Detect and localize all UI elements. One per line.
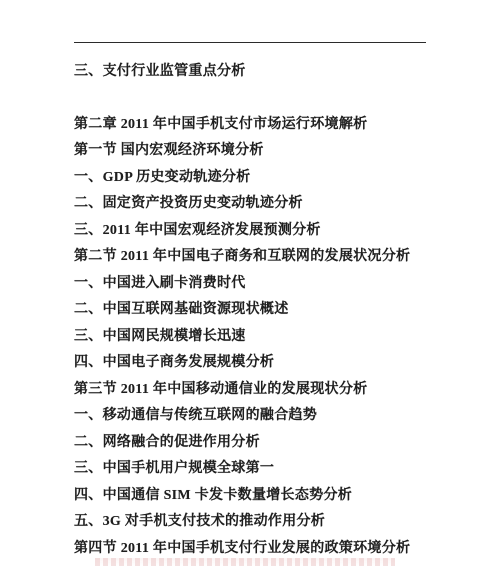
clipped-red-watermark-text — [95, 558, 395, 566]
toc-line: 二、网络融合的促进作用分析 — [74, 428, 474, 455]
toc-line: 三、中国网民规模增长迅速 — [74, 322, 474, 349]
toc-line: 三、支付行业监管重点分析 — [74, 57, 474, 84]
toc-line: 一、移动通信与传统互联网的融合趋势 — [74, 401, 474, 428]
toc-line: 五、3G 对手机支付技术的推动作用分析 — [74, 507, 474, 534]
toc-line: 二、中国互联网基础资源现状概述 — [74, 295, 474, 322]
toc-line-section: 第三节 2011 年中国移动通信业的发展现状分析 — [74, 375, 474, 402]
toc-line-chapter: 第二章 2011 年中国手机支付市场运行环境解析 — [74, 110, 474, 137]
toc-line: 三、中国手机用户规模全球第一 — [74, 454, 474, 481]
toc-line: 四、中国电子商务发展规模分析 — [74, 348, 474, 375]
table-of-contents: 三、支付行业监管重点分析 第二章 2011 年中国手机支付市场运行环境解析 第一… — [74, 57, 474, 561]
toc-line-section: 第一节 国内宏观经济环境分析 — [74, 136, 474, 163]
toc-line: 一、中国进入刷卡消费时代 — [74, 269, 474, 296]
toc-line: 一、GDP 历史变动轨迹分析 — [74, 163, 474, 190]
toc-line: 二、固定资产投资历史变动轨迹分析 — [74, 189, 474, 216]
toc-line: 四、中国通信 SIM 卡发卡数量增长态势分析 — [74, 481, 474, 508]
horizontal-rule — [74, 42, 426, 43]
toc-line-section: 第四节 2011 年中国手机支付行业发展的政策环境分析 — [74, 534, 474, 561]
toc-line-section: 第二节 2011 年中国电子商务和互联网的发展状况分析 — [74, 242, 474, 269]
document-page: 三、支付行业监管重点分析 第二章 2011 年中国手机支付市场运行环境解析 第一… — [0, 0, 500, 566]
toc-line: 三、2011 年中国宏观经济发展预测分析 — [74, 216, 474, 243]
